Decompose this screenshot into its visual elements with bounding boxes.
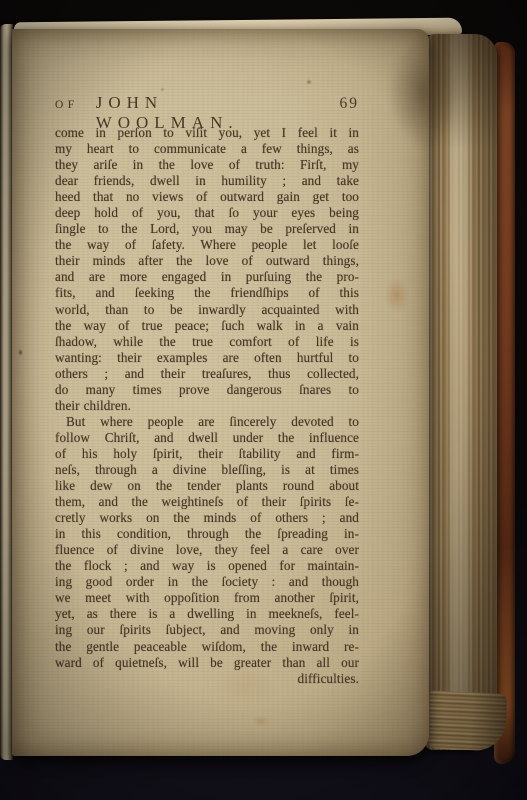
text-line: of his holy ſpirit, their ſtability and … xyxy=(55,446,359,462)
text-line: do many times prove dangerous ſnares to xyxy=(55,382,359,398)
text-line: their children. xyxy=(55,398,359,414)
text-line: But where people are ſincerely devoted t… xyxy=(55,414,359,430)
text-line: deep hold of you, that ſo your eyes bein… xyxy=(55,205,359,221)
photo-backdrop: OF JOHN WOOLMAN. 69 come in perſon to vi… xyxy=(0,0,527,800)
text-line: cretly works on the minds of others ; an… xyxy=(55,510,359,526)
text-line: fits, and ſeeking the friendſhips of thi… xyxy=(55,285,359,301)
bottom-corner-page-stack xyxy=(427,690,507,751)
text-block: come in perſon to viſit you, yet I feel … xyxy=(55,125,359,687)
text-line: in this condition, through the ſpreading… xyxy=(55,526,359,542)
text-line: fluence of divine love, they feel a care… xyxy=(55,542,359,558)
text-line: others ; and their treaſures, thus colle… xyxy=(55,366,359,382)
text-line: the way of ſafety. Where people let looſ… xyxy=(55,237,359,253)
header-page-number: 69 xyxy=(340,95,360,113)
text-line: we meet with oppoſition from another ſpi… xyxy=(55,590,359,606)
book-page: OF JOHN WOOLMAN. 69 come in perſon to vi… xyxy=(12,29,429,756)
text-line: their minds after the love of outward th… xyxy=(55,253,359,269)
text-line: ing good order in the ſociety : and thou… xyxy=(55,574,359,590)
text-line: the way of true peace; ſuch walk in a va… xyxy=(55,318,359,334)
stain-spot xyxy=(160,87,165,92)
page-header: OF JOHN WOOLMAN. 69 xyxy=(55,93,359,115)
fore-edge-pages xyxy=(425,34,497,750)
book-cover-edge xyxy=(494,42,515,764)
text-line: neſs, through a divine bleſſing, is at t… xyxy=(55,462,359,478)
text-line: come in perſon to viſit you, yet I feel … xyxy=(55,125,359,141)
text-line: like dew on the tender plants round abou… xyxy=(55,478,359,494)
text-line: world, than to be inwardly acquainted wi… xyxy=(55,302,359,318)
text-line: ward of quietneſs, will be greater than … xyxy=(55,655,359,671)
text-line: the gentle peaceable wiſdom, the inward … xyxy=(55,639,359,655)
stain-spot xyxy=(252,715,270,727)
text-line: them, and the weightineſs of their ſpiri… xyxy=(55,494,359,510)
stain-spot xyxy=(306,79,312,85)
stain-spot xyxy=(18,349,23,356)
text-line: wanting: their examples are often hurtfu… xyxy=(55,350,359,366)
text-line: ſingle to the Lord, you may be preſerved… xyxy=(55,221,359,237)
text-line: they ariſe in the love of truth: Firſt, … xyxy=(55,157,359,173)
text-line: dear friends, dwell in humility ; and ta… xyxy=(55,173,359,189)
header-of: OF xyxy=(55,99,79,111)
text-line: ſhadow, while the true comfort of life i… xyxy=(55,334,359,350)
stain-spot xyxy=(384,277,410,313)
text-line: heed that no views of outward gain get t… xyxy=(55,189,359,205)
text-line: difficulties. xyxy=(55,671,359,687)
text-line: follow Chriſt, and dwell under the influ… xyxy=(55,430,359,446)
text-line: ing our ſpirits ſubject, and moving only… xyxy=(55,622,359,638)
text-line: yet, as there is a dwelling in meekneſs,… xyxy=(55,606,359,622)
text-line: and are more engaged in purſuing the pro… xyxy=(55,269,359,285)
text-line: my heart to communicate a few things, as xyxy=(55,141,359,157)
text-line: the flock ; and way is opened for mainta… xyxy=(55,558,359,574)
